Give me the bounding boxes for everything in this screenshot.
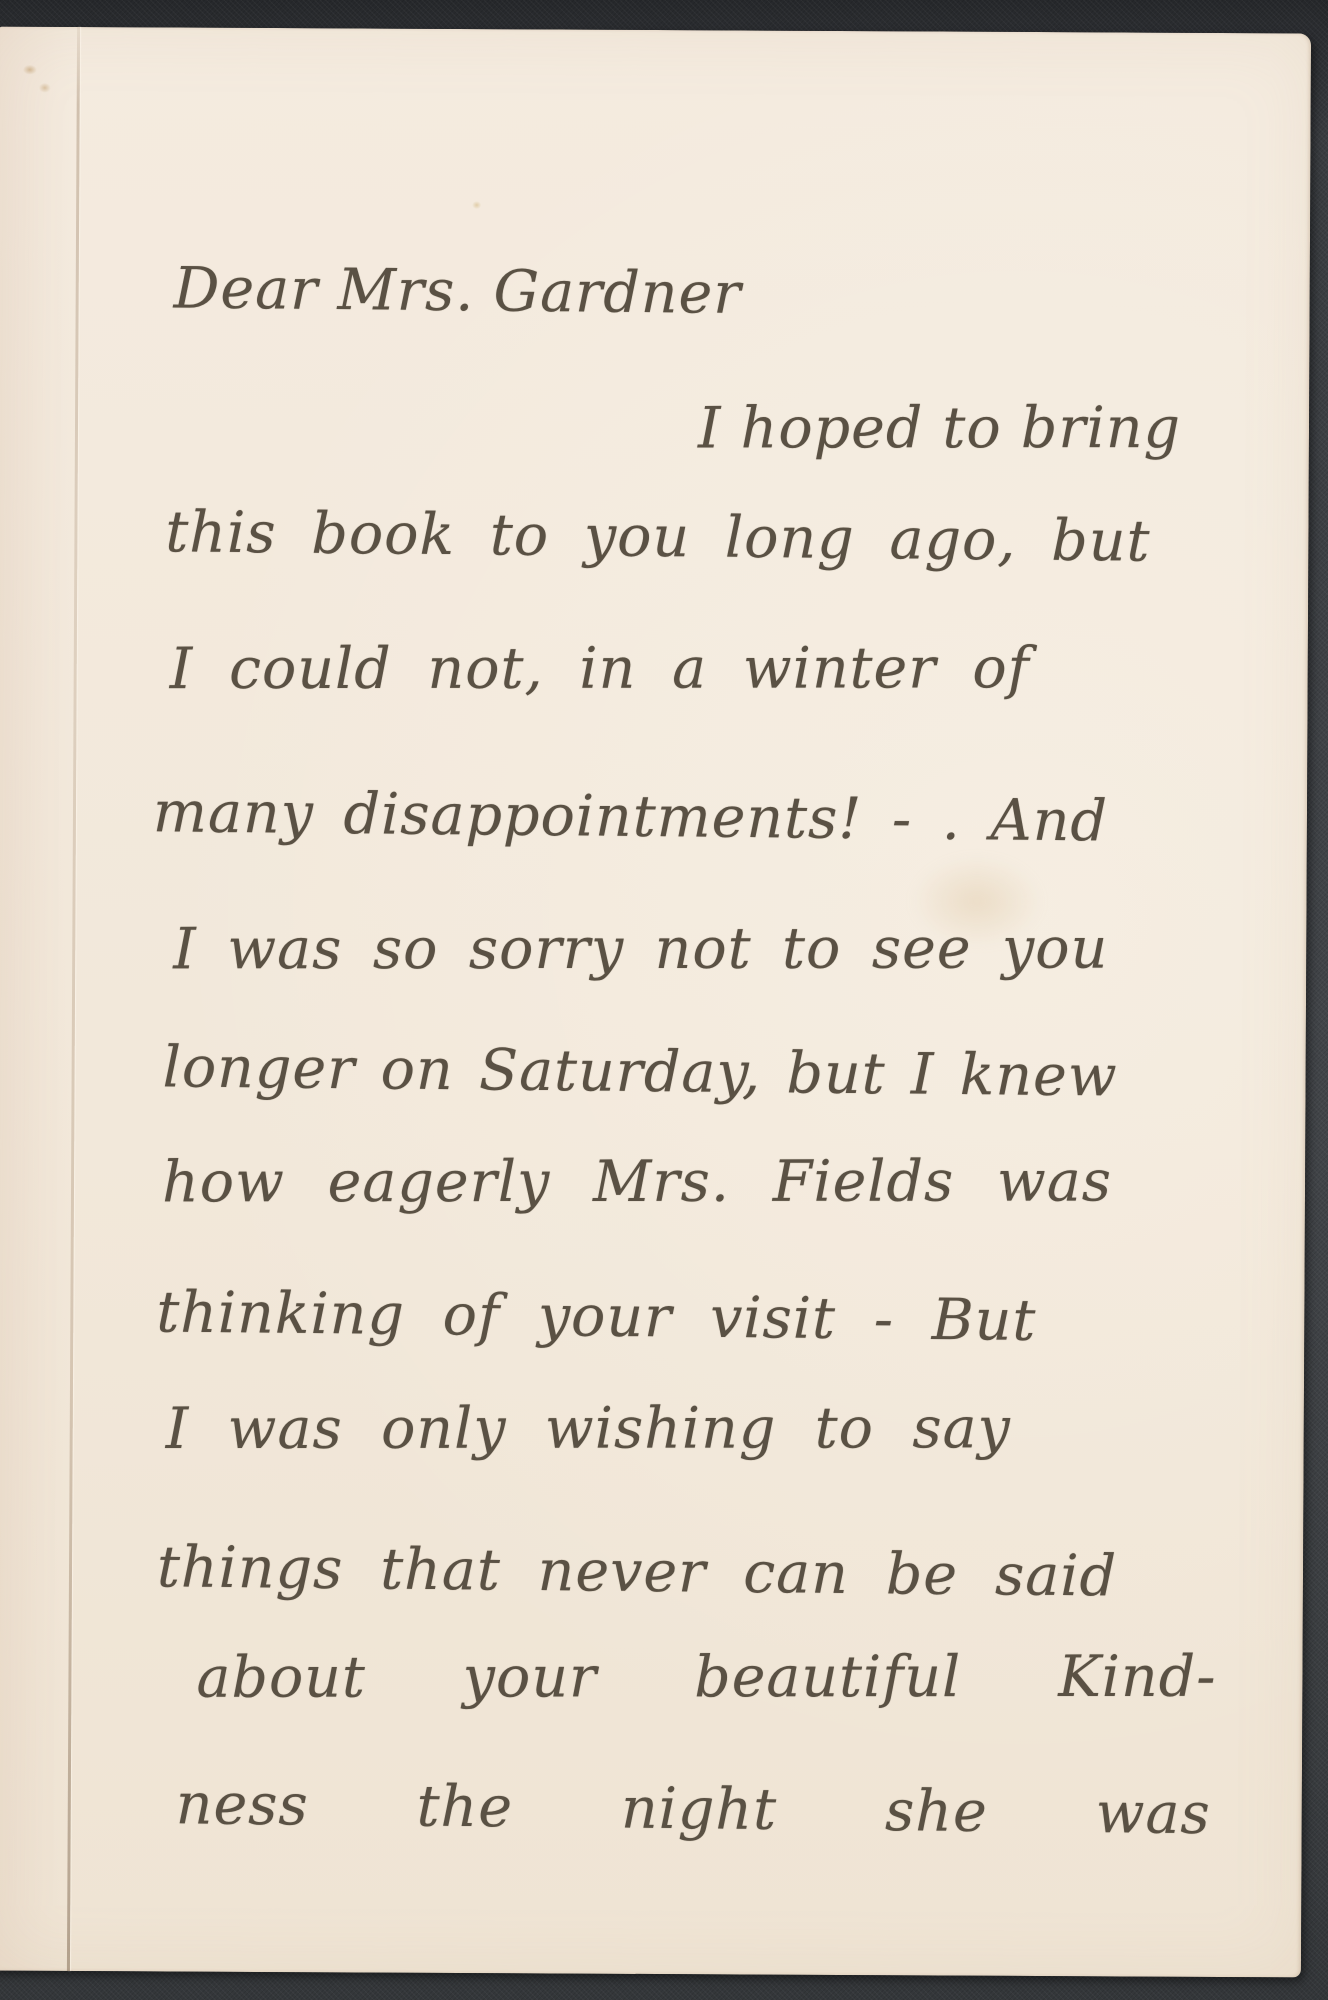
letter-line: I hoped to bring xyxy=(698,393,1098,463)
letter-line: ness the night she was xyxy=(175,1769,1211,1849)
letter-line: longer on Saturday, but I knew xyxy=(162,1032,1118,1111)
letter-line: I could not, in a winter of xyxy=(170,633,1030,704)
fold-crease xyxy=(67,27,80,1971)
letter-line: thinking of your visit - But xyxy=(156,1278,1037,1356)
letter-line: I was so sorry not to see you xyxy=(173,914,1108,985)
letter-line-salutation: Dear Mrs. Gardner xyxy=(173,253,644,328)
letter-page: Dear Mrs. Gardner I hoped to bring this … xyxy=(0,27,1311,1978)
letter-line: how eagerly Mrs. Fields was xyxy=(162,1147,1112,1218)
letter-line: I was only wishing to say xyxy=(166,1393,1011,1464)
stain-mark xyxy=(472,201,481,209)
scan-backdrop: Dear Mrs. Gardner I hoped to bring this … xyxy=(0,0,1328,2000)
letter-line: this book to you long ago, but xyxy=(165,497,1151,576)
stain-mark xyxy=(23,65,37,75)
letter-line: about your beautiful Kind- xyxy=(196,1642,1216,1713)
letter-line: things that never can be said xyxy=(157,1532,1118,1611)
stain-mark xyxy=(39,83,51,93)
letter-line: many disappointments! - . And xyxy=(153,777,1109,856)
